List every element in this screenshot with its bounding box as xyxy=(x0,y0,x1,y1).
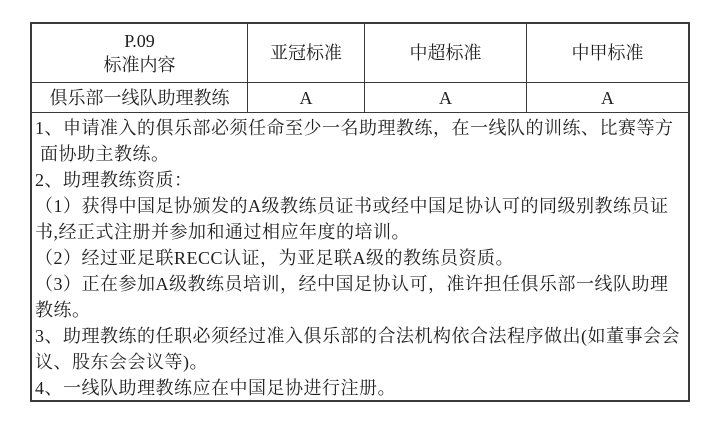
requirements-text-line: 议、股东会会议等)。 xyxy=(35,349,685,375)
requirements-text-line: 教练。 xyxy=(35,297,685,323)
table-header-row: P.09 标准内容 亚冠标准 中超标准 中甲标准 xyxy=(32,24,688,83)
criterion-label: 俱乐部一线队助理教练 xyxy=(50,84,230,112)
header-cell-league-one-standard: 中甲标准 xyxy=(527,24,688,82)
grade-value: A xyxy=(439,84,452,112)
standards-table: P.09 标准内容 亚冠标准 中超标准 中甲标准 俱乐部一线队助理教练 A A xyxy=(30,22,690,402)
acl-standard-label: 亚冠标准 xyxy=(270,41,342,65)
requirements-text-line: （3）正在参加A级教练员培训，经中国足协认可，准许担任俱乐部一线队助理 xyxy=(35,271,685,297)
criterion-value-cell-acl: A xyxy=(248,83,365,112)
requirements-text-line: 1、申请准入的俱乐部必须任命至少一名助理教练，在一线队的训练、比赛等方 xyxy=(35,115,685,141)
requirements-text-line: 面协助主教练。 xyxy=(35,141,685,167)
standard-content-label: 标准内容 xyxy=(104,53,176,77)
requirements-text-line: （2）经过亚足联RECC认证，为亚足联A级的教练员资质。 xyxy=(35,245,685,271)
requirements-text-line: 2、助理教练资质： xyxy=(35,167,685,193)
criterion-value-cell-league-one: A xyxy=(527,83,688,112)
requirements-text-block: 1、申请准入的俱乐部必须任命至少一名助理教练，在一线队的训练、比赛等方 面协助主… xyxy=(32,113,688,400)
league-one-standard-label: 中甲标准 xyxy=(572,41,644,65)
csl-standard-label: 中超标准 xyxy=(410,41,482,65)
header-cell-csl-standard: 中超标准 xyxy=(365,24,527,82)
requirements-text-line: 4、一线队助理教练应在中国足协进行注册。 xyxy=(35,375,685,401)
requirements-text-line: （1）获得中国足协颁发的A级教练员证书或经中国足协认可的同级别教练员证 xyxy=(35,193,685,219)
standard-code: P.09 xyxy=(124,29,155,53)
requirements-text-line: 书,经正式注册并参加和通过相应年度的培训。 xyxy=(35,219,685,245)
header-cell-standard-content: P.09 标准内容 xyxy=(32,24,248,82)
criterion-row: 俱乐部一线队助理教练 A A A xyxy=(32,83,688,113)
requirements-text-line: 3、助理教练的任职必须经过准入俱乐部的合法机构依合法程序做出(如董事会会 xyxy=(35,323,685,349)
header-cell-acl-standard: 亚冠标准 xyxy=(248,24,365,82)
criterion-value-cell-csl: A xyxy=(365,83,527,112)
document-page: P.09 标准内容 亚冠标准 中超标准 中甲标准 俱乐部一线队助理教练 A A xyxy=(0,0,720,426)
grade-value: A xyxy=(300,84,313,112)
criterion-label-cell: 俱乐部一线队助理教练 xyxy=(32,83,248,112)
grade-value: A xyxy=(601,84,614,112)
